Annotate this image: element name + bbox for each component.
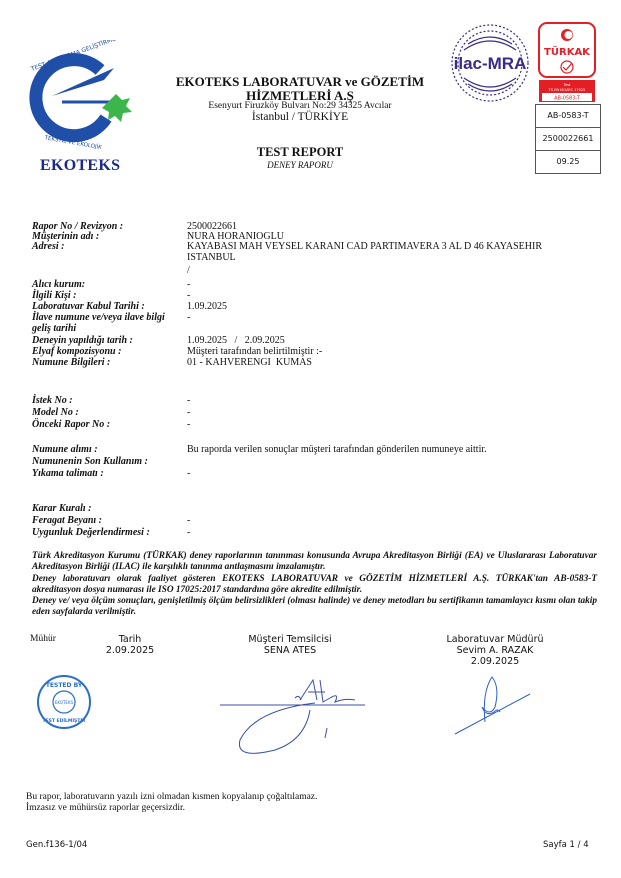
disclaimer-copy: Bu rapor, laboratuvarın yazılı izni olma… [26, 792, 317, 803]
ilac-mra-logo: ilac-MRA [446, 22, 534, 104]
accreditation-notes: Türk Akreditasyon Kurumu (TÜRKAK) deney … [32, 551, 597, 619]
note-turkak-recognition: Türk Akreditasyon Kurumu (TÜRKAK) deney … [32, 551, 597, 574]
tested-by-seal: EKOTEKS TESTED BY TEST EDİLMİŞTİR [36, 674, 92, 730]
svg-text:ilac-MRA: ilac-MRA [454, 54, 527, 73]
svg-text:Test: Test [563, 83, 572, 87]
customer-rep-label: Müşteri Temsilcisi [225, 634, 355, 645]
lab-manager-date: 2.09.2025 [430, 656, 560, 667]
date-value: 2.09.2025 [95, 645, 165, 656]
brand-name: EKOTEKS [40, 157, 120, 175]
svg-text:EKOTEKS: EKOTEKS [55, 700, 74, 705]
disclaimer-validity: İmzasız ve mühürsüz raporlar geçersizdir… [26, 803, 317, 814]
report-month: 09.25 [536, 151, 600, 173]
turkak-badge: TÜRKAK Test TS EN ISO/IEC 17025 AB-0583-… [538, 22, 596, 102]
note-results: Deney ve/ veya ölçüm sonuçları, genişlet… [32, 596, 597, 619]
svg-text:AB-0583-T: AB-0583-T [554, 96, 581, 102]
date-block: Tarih 2.09.2025 [95, 634, 165, 656]
report-code-box: AB-0583-T 2500022661 09.25 [535, 104, 601, 174]
seal-label: Mühür [30, 634, 56, 644]
company-address-line2: İstanbul / TÜRKİYE [150, 111, 450, 123]
svg-text:TÜRKAK: TÜRKAK [544, 44, 591, 58]
page-number: Sayfa 1 / 4 [543, 840, 589, 850]
svg-text:TEST EDİLMİŞTİR: TEST EDİLMİŞTİR [43, 717, 87, 724]
lab-manager-name: Sevim A. RAZAK [430, 645, 560, 656]
svg-text:TESTED BY: TESTED BY [46, 682, 83, 689]
customer-rep-name: SENA ATES [225, 645, 355, 656]
report-number: 2500022661 [536, 128, 600, 151]
footer-disclaimer: Bu rapor, laboratuvarın yazılı izni olma… [26, 792, 317, 814]
customer-rep-block: Müşteri Temsilcisi SENA ATES [225, 634, 355, 656]
report-title: TEST REPORT [150, 145, 450, 160]
lab-manager-signature [450, 672, 540, 742]
accreditation-code: AB-0583-T [536, 105, 600, 128]
report-subtitle: DENEY RAPORU [150, 160, 450, 170]
lab-manager-label: Laboratuvar Müdürü [430, 634, 560, 645]
customer-rep-signature [215, 670, 385, 760]
lab-manager-block: Laboratuvar Müdürü Sevim A. RAZAK 2.09.2… [430, 634, 560, 667]
date-label: Tarih [95, 634, 165, 645]
ekoteks-logo: TEST ARAŞTIRMA GELİŞTİRME MERKEZİ TEKSTİ… [22, 40, 140, 150]
form-code: Gen.f136-1/04 [26, 840, 87, 850]
note-lab-accreditation: Deney laboratuvarı olarak faaliyet göste… [32, 574, 597, 597]
company-address-line1: Esenyurt Firuzköy Bulvarı No:29 34325 Av… [150, 101, 450, 111]
svg-text:TS EN ISO/IEC 17025: TS EN ISO/IEC 17025 [548, 88, 586, 92]
